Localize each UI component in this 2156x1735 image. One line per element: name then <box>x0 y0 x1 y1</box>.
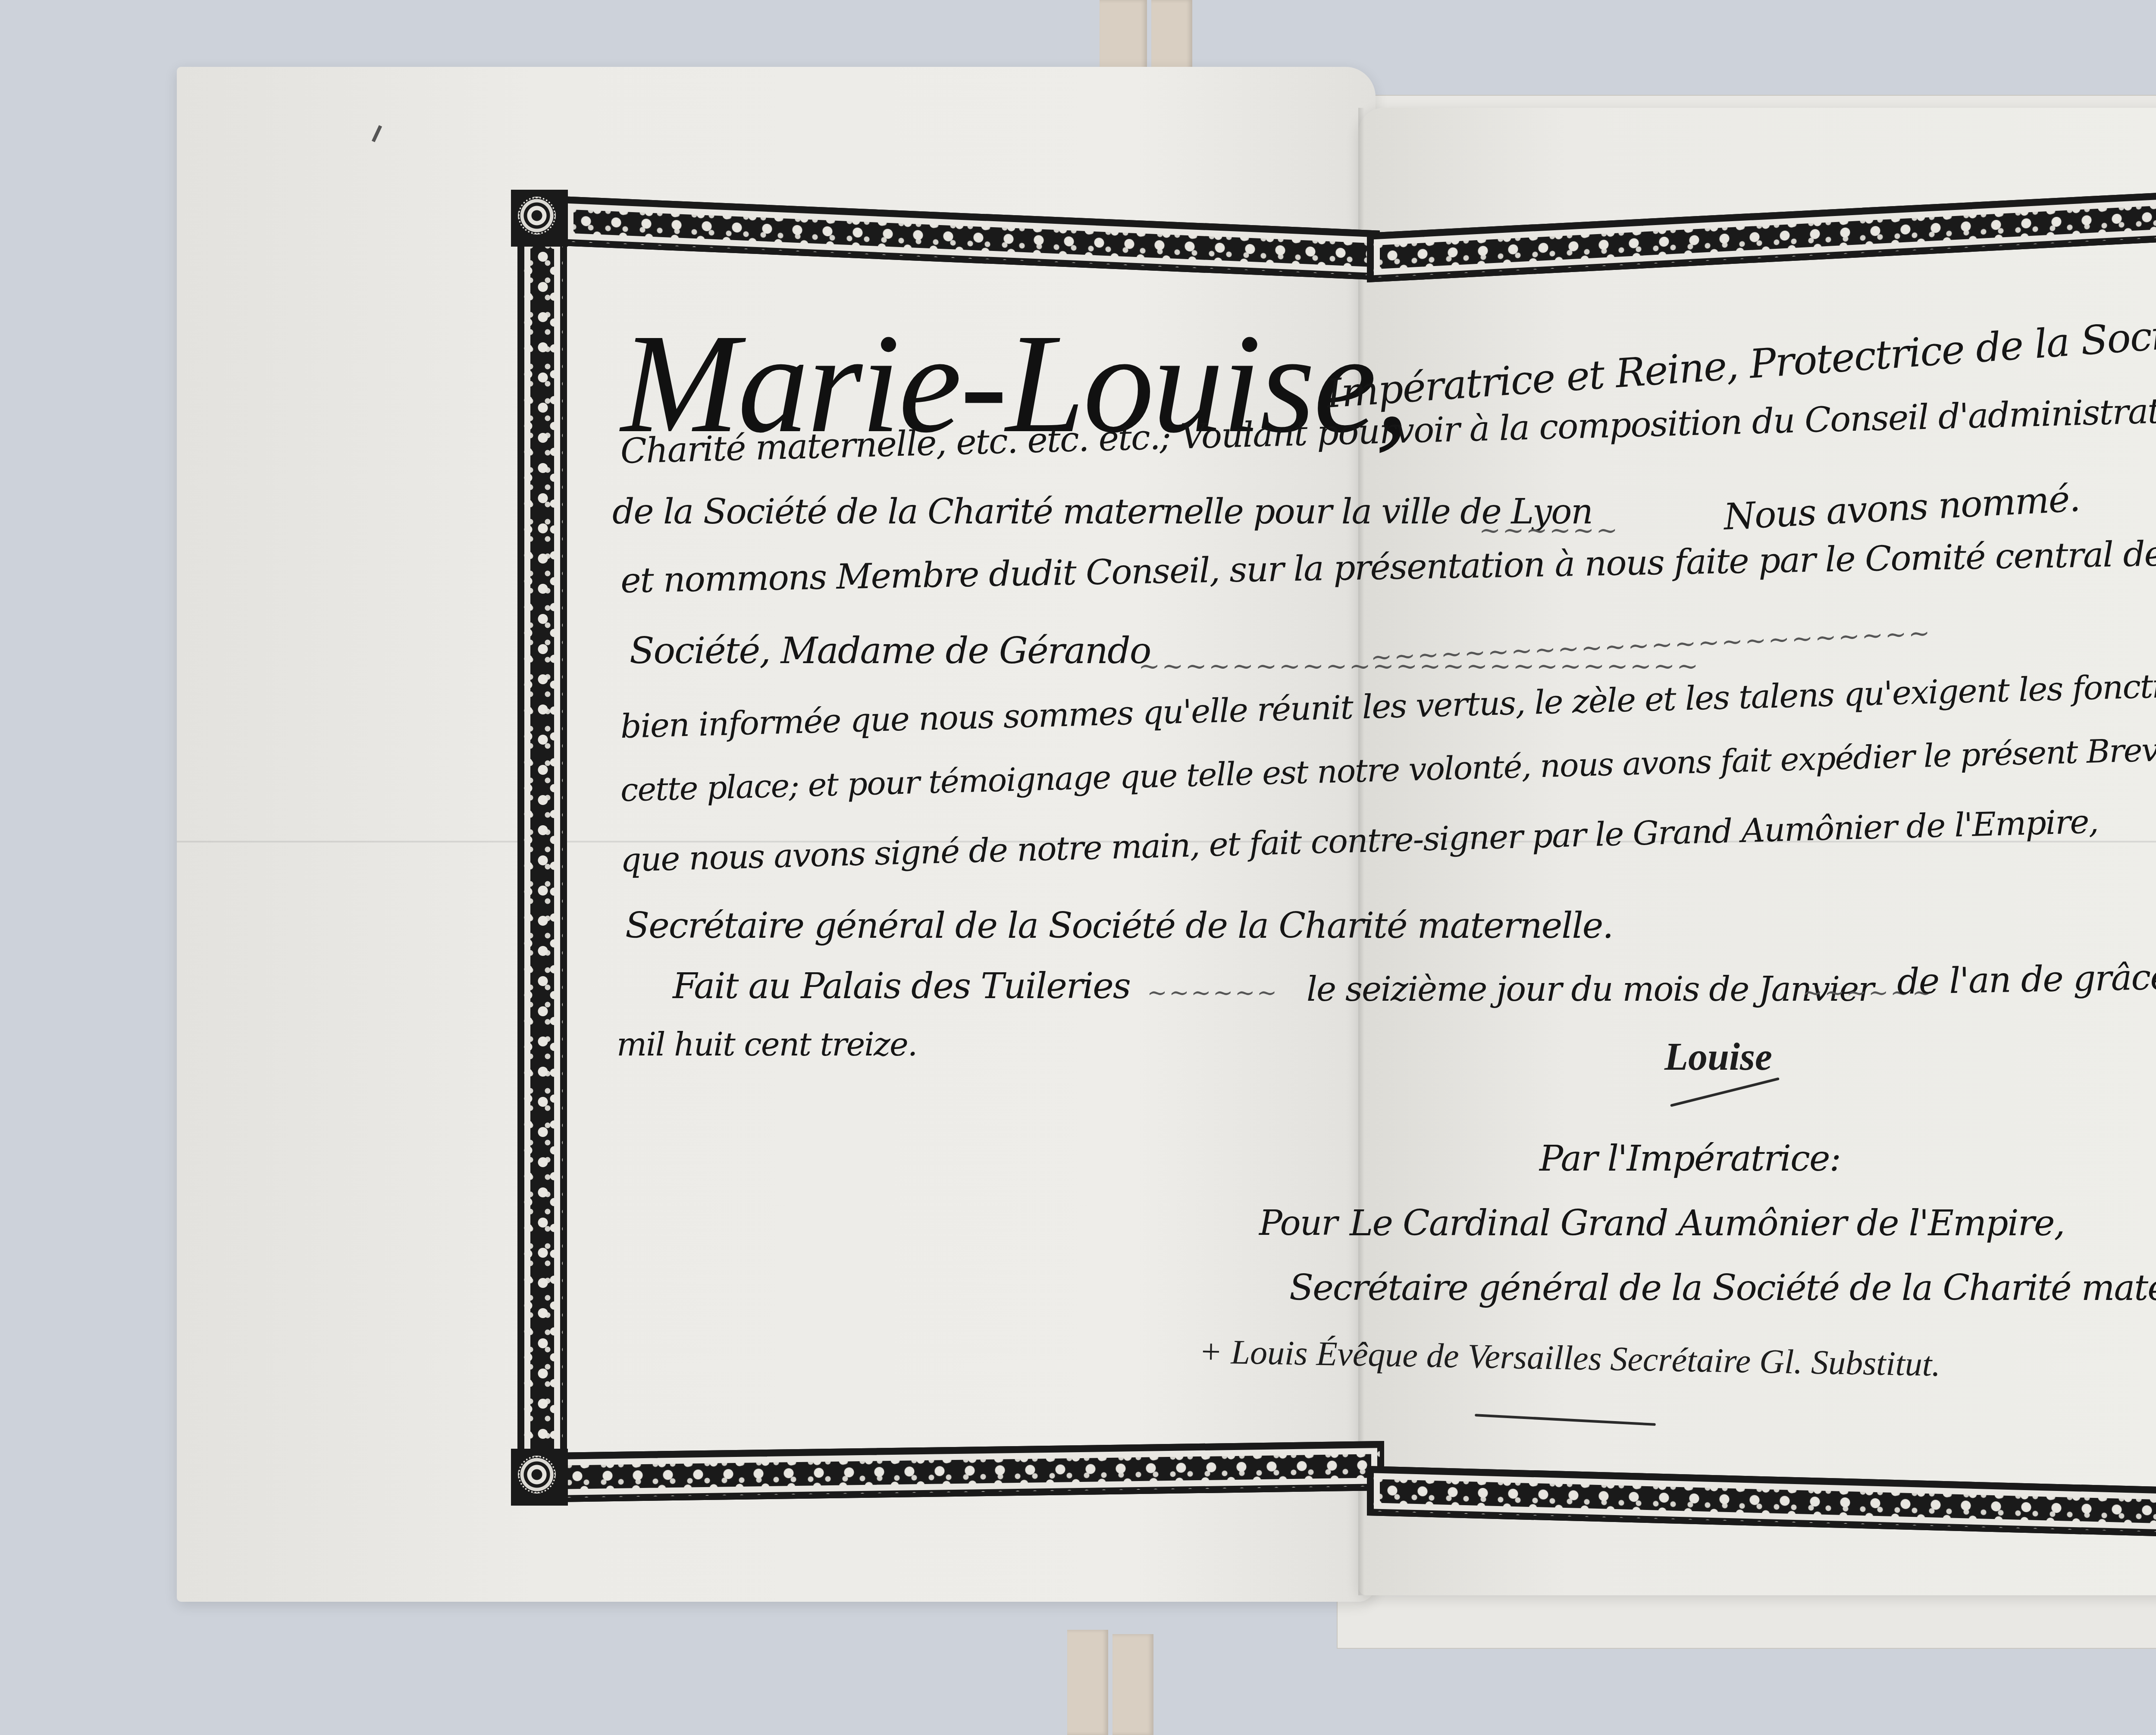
text-line-9: Secrétaire général de la Société de la C… <box>625 905 1613 946</box>
countersign-line-1: Le Cardinal Grand Aumônier de l'Empire, <box>1350 1203 2065 1244</box>
ornamental-border-left <box>517 233 567 1483</box>
text-line-3: de la Société de la Charité maternelle p… <box>612 492 1592 532</box>
date-line-day: le seizième jour du mois de Janvier <box>1307 970 1874 1009</box>
date-line-year: mil huit cent treize. <box>617 1026 917 1063</box>
date-line-prefix: Fait au Palais des Tuileries <box>673 966 1130 1007</box>
text-line-5-member: Société, Madame de Gérando <box>630 629 1150 672</box>
mount-board-strip-bottom-1 <box>1067 1630 1108 1735</box>
filler-date-1: ~~~~~~ <box>1147 979 1279 1007</box>
signature-louise: Louise <box>1664 1035 1772 1079</box>
countersign-pour: Pour <box>1259 1203 1337 1243</box>
date-line-suffix: de l'an de grâce <box>1896 957 2156 1002</box>
corner-rosette-top-left <box>511 190 568 247</box>
countersign-line-2: Secrétaire général de la Société de la C… <box>1289 1268 2156 1309</box>
corner-rosette-bottom-left <box>511 1449 568 1506</box>
mount-board-strip-bottom-2 <box>1112 1634 1153 1735</box>
countersign-heading: Par l'Impératrice: <box>1539 1138 1840 1179</box>
filler-line-city: ~~~~~~ <box>1479 515 1620 545</box>
